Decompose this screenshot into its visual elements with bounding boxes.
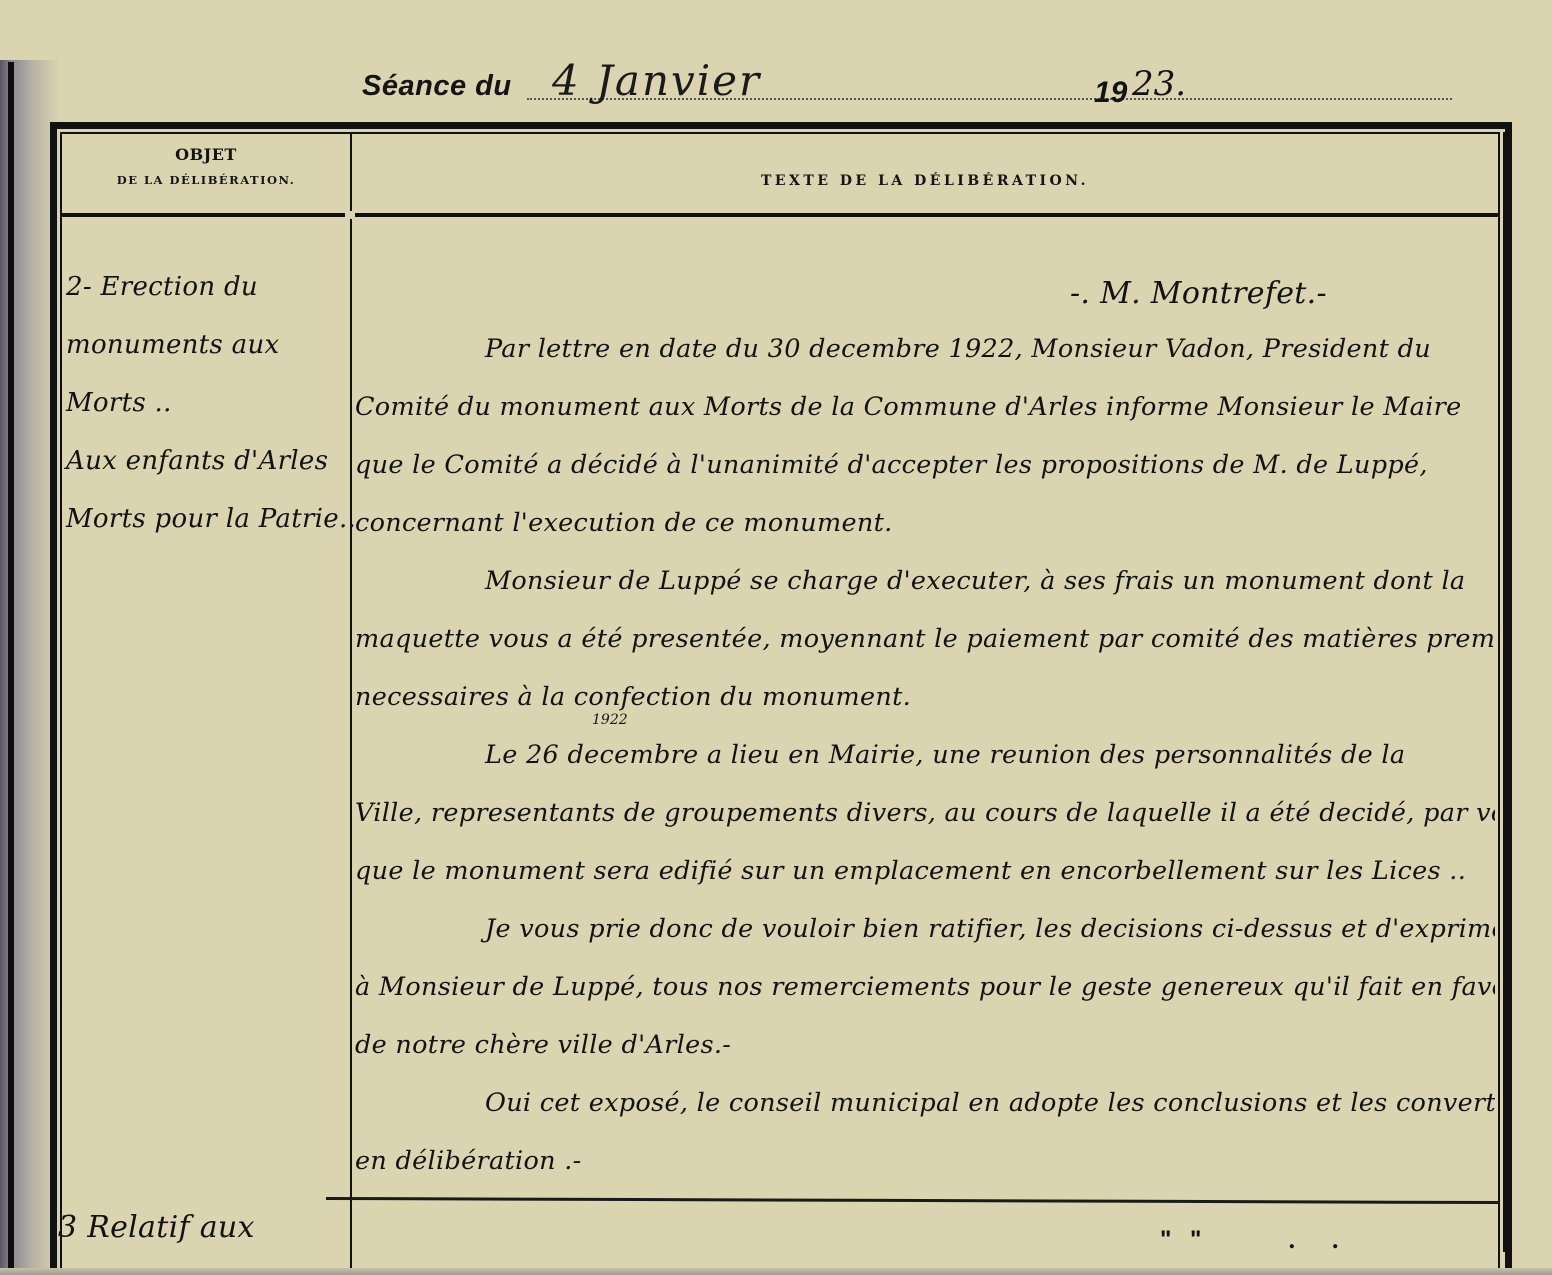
header-rule — [62, 213, 1498, 217]
text-line: Par lettre en date du 30 decembre 1922, … — [355, 320, 1495, 378]
subject-line: monuments aux — [66, 320, 346, 378]
text-line: maquette vous a été presentée, moyennant… — [355, 610, 1495, 668]
text-line: à Monsieur de Luppé, tous nos remercieme… — [355, 958, 1495, 1016]
ditto-marks: " " — [1160, 1226, 1207, 1254]
column-header-objet-line2: DE LA DÉLIBÉRATION. — [62, 173, 350, 187]
text-line: Le 26 decembre a lieu en Mairie, une reu… — [355, 726, 1495, 784]
text-line: Oui cet exposé, le conseil municipal en … — [355, 1074, 1495, 1132]
subject-line: Morts pour la Patrie.. — [66, 494, 346, 552]
interlinear-year-note: 1922 — [592, 712, 628, 728]
column-divider — [350, 134, 352, 1275]
text-line: en délibération .- — [355, 1132, 1495, 1190]
text-line: que le Comité a décidé à l'unanimité d'a… — [355, 436, 1495, 494]
text-line: de notre chère ville d'Arles.- — [355, 1016, 1495, 1074]
text-line: Comité du monument aux Morts de la Commu… — [355, 378, 1495, 436]
text-line: Ville, representants de groupements dive… — [355, 784, 1495, 842]
speaker-name: -. M. Montrefet.- — [1070, 276, 1327, 311]
seance-year-printed: 19 — [1094, 76, 1127, 110]
subject-line: Morts .. — [66, 378, 346, 436]
text-line: que le monument sera edifié sur un empla… — [355, 842, 1495, 900]
column-header-texte: TEXTE DE LA DÉLIBÉRATION. — [352, 173, 1498, 189]
subject-line: Aux enfants d'Arles — [66, 436, 346, 494]
column-header-objet: OBJET DE LA DÉLIBÉRATION. — [62, 145, 350, 187]
trailing-dots: . . — [1288, 1228, 1353, 1254]
binding-edge — [8, 62, 14, 1275]
text-line: Monsieur de Luppé se charge d'executer, … — [355, 552, 1495, 610]
deliberation-subject: 2- Erection du monuments aux Morts .. Au… — [66, 262, 346, 552]
text-line: concernant l'execution de ce monument. — [355, 494, 1495, 552]
seance-year-handwritten: 23. — [1132, 64, 1186, 104]
table-frame-right-border — [1503, 132, 1511, 1252]
seance-header: Séance du 4 Janvier 19 23. — [362, 62, 1202, 112]
text-line: necessaires à la confection du monument. — [355, 668, 1495, 726]
page-bottom-edge — [0, 1268, 1552, 1275]
header-rule-gap — [345, 211, 355, 219]
seance-label: Séance du — [362, 70, 512, 103]
deliberation-text: Par lettre en date du 30 decembre 1922, … — [355, 320, 1495, 1190]
subject-line: 2- Erection du — [66, 262, 346, 320]
seance-date-handwritten: 4 Janvier — [552, 56, 761, 105]
text-line: Je vous prie donc de vouloir bien ratifi… — [355, 900, 1495, 958]
column-header-objet-line1: OBJET — [62, 145, 350, 164]
next-entry-subject: 3 Relatif aux — [58, 1210, 255, 1245]
